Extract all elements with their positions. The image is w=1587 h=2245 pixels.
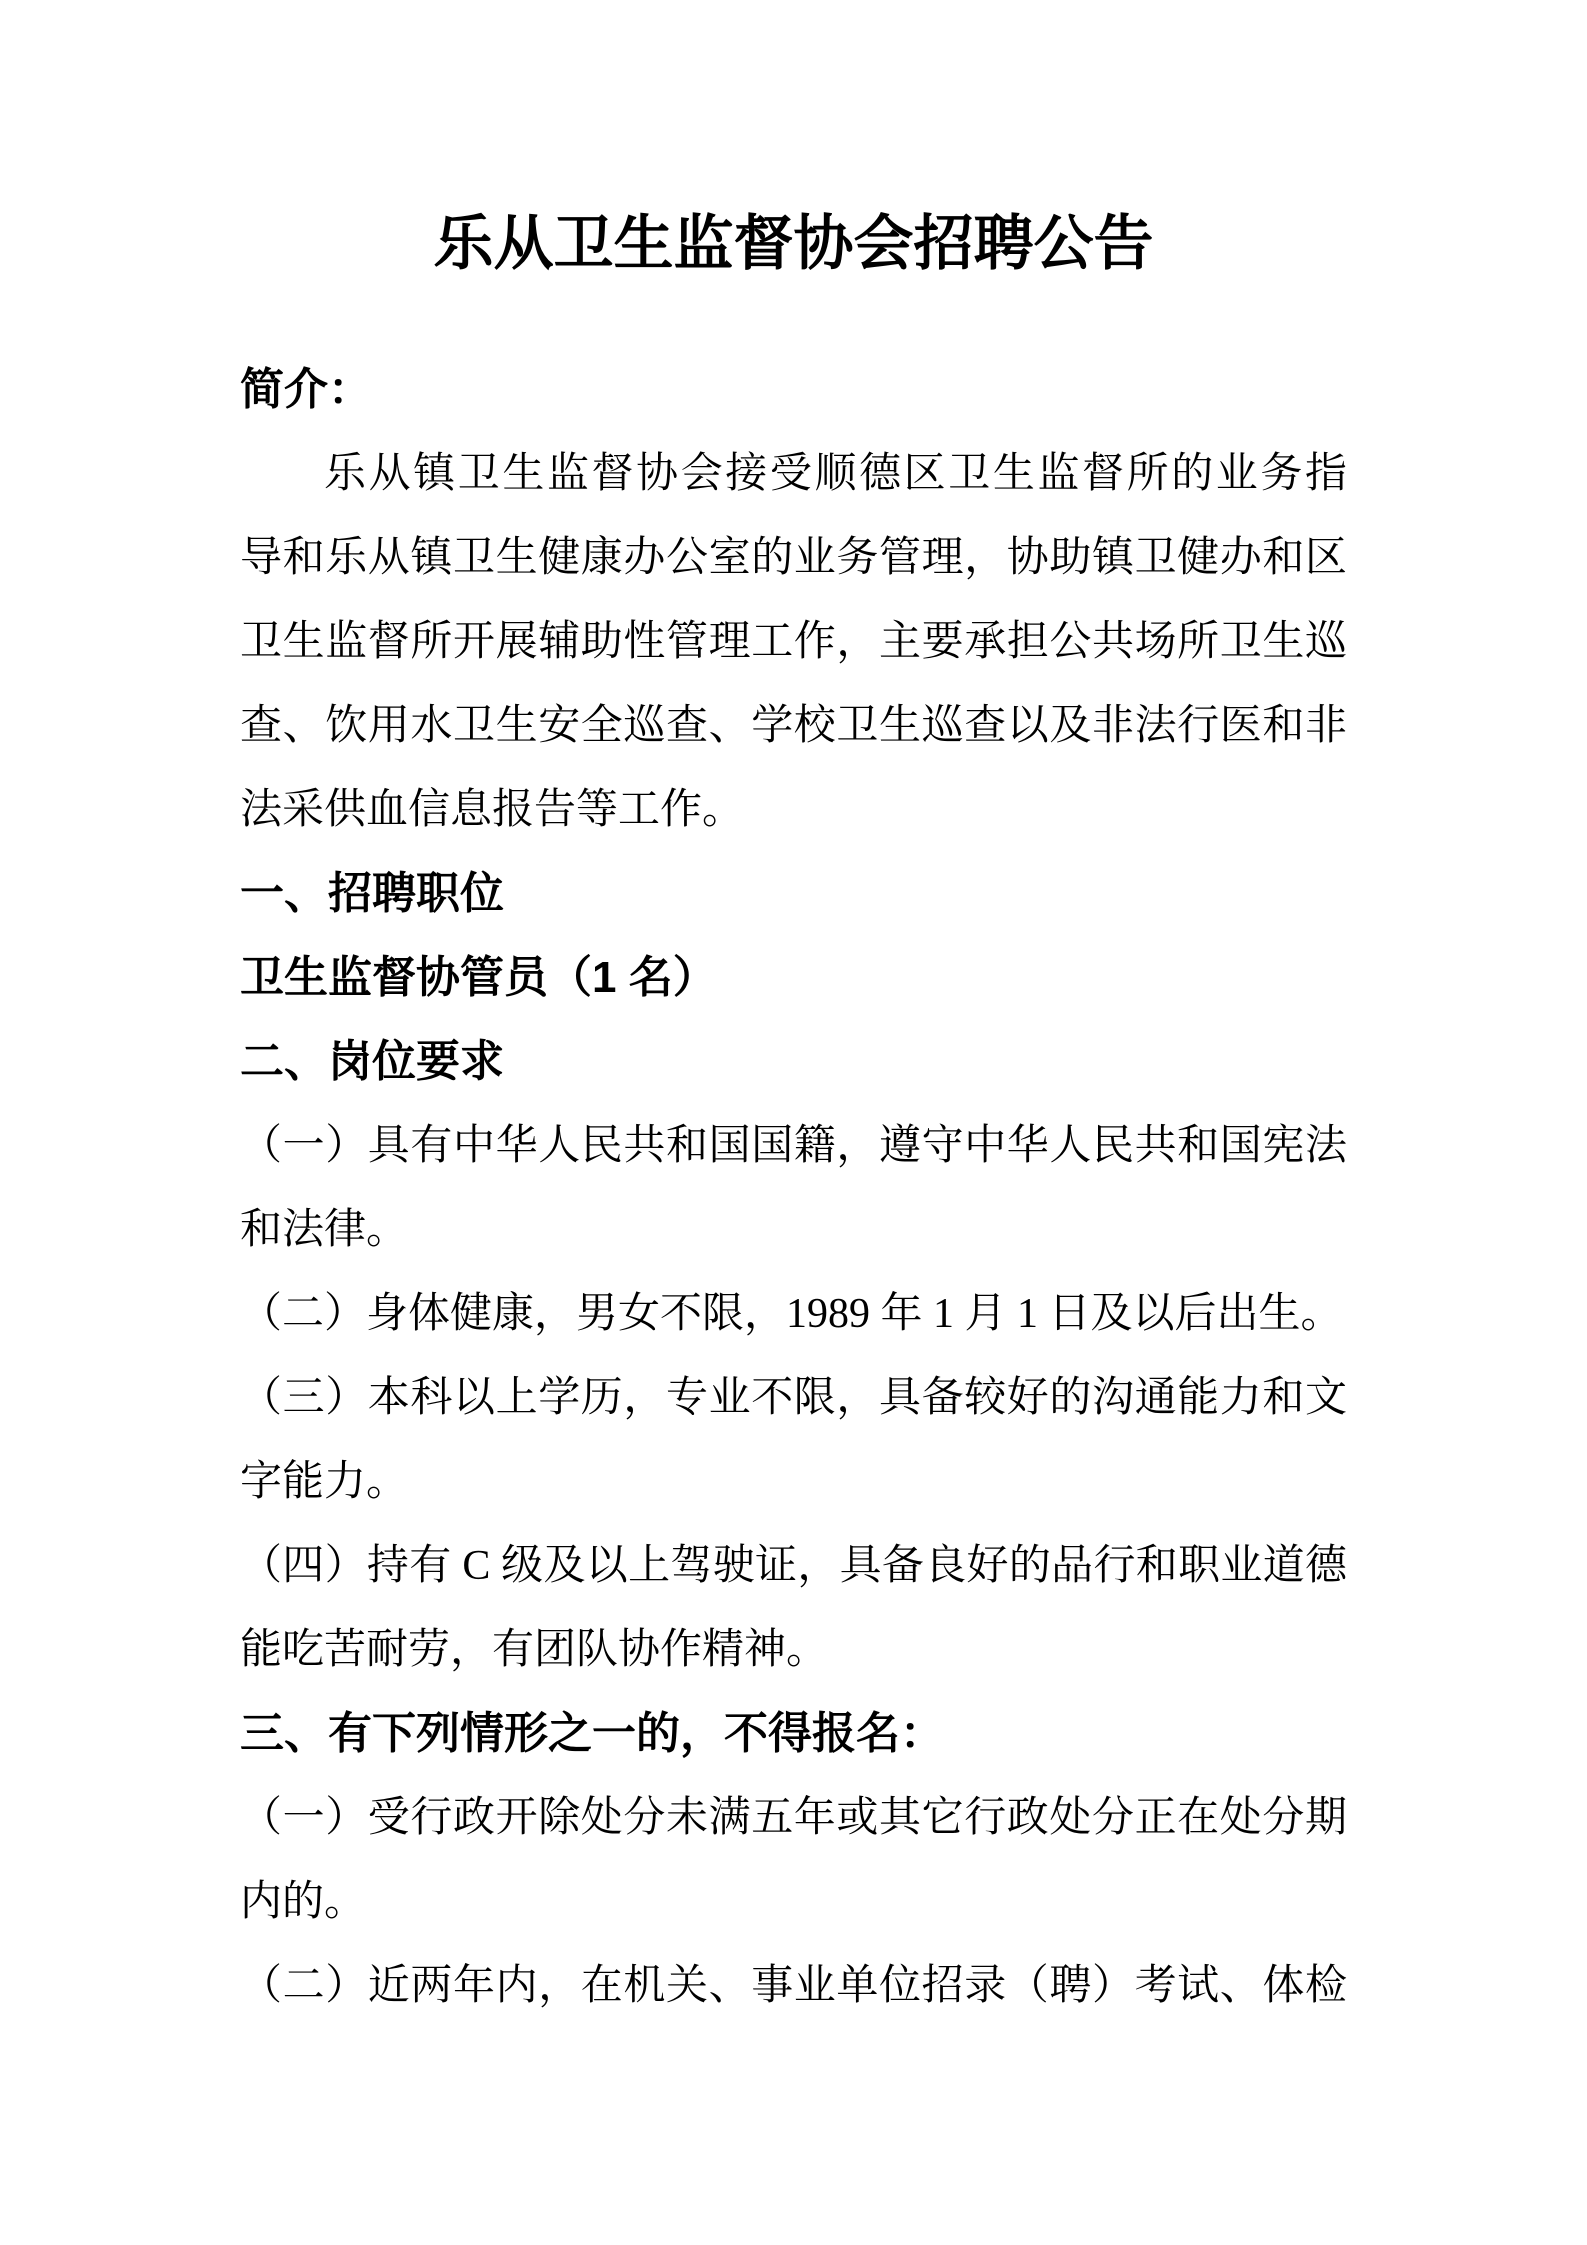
doc-body-line: 导和乐从镇卫生健康办公室的业务管理，协助镇卫健办和区 <box>240 516 1347 600</box>
doc-body-line: （二）近两年内，在机关、事业单位招录（聘）考试、体检 <box>240 1944 1347 2028</box>
doc-body-line: （三）本科以上学历，专业不限，具备较好的沟通能力和文 <box>240 1356 1347 1440</box>
doc-heading-line: 卫生监督协管员（1 名） <box>240 936 1347 1020</box>
doc-body-line: 法采供血信息报告等工作。 <box>240 768 1347 852</box>
doc-body-line: 能吃苦耐劳，有团队协作精神。 <box>240 1608 1347 1692</box>
document-title: 乐从卫生监督协会招聘公告 <box>0 206 1587 282</box>
doc-heading-line: 二、岗位要求 <box>240 1020 1347 1104</box>
doc-body-line: 卫生监督所开展辅助性管理工作，主要承担公共场所卫生巡 <box>240 600 1347 684</box>
doc-body-line: （一）具有中华人民共和国国籍，遵守中华人民共和国宪法 <box>240 1104 1347 1188</box>
doc-body-line: 内的。 <box>240 1860 1347 1944</box>
doc-body-line: 查、饮用水卫生安全巡查、学校卫生巡查以及非法行医和非 <box>240 684 1347 768</box>
doc-body-line: 字能力。 <box>240 1440 1347 1524</box>
document-body: 简介：乐从镇卫生监督协会接受顺德区卫生监督所的业务指导和乐从镇卫生健康办公室的业… <box>240 348 1347 2028</box>
doc-body-line: （四）持有 C 级及以上驾驶证，具备良好的品行和职业道德 <box>240 1524 1347 1608</box>
doc-body-line: 乐从镇卫生监督协会接受顺德区卫生监督所的业务指 <box>240 432 1347 516</box>
doc-body-line: （一）受行政开除处分未满五年或其它行政处分正在处分期 <box>240 1776 1347 1860</box>
doc-body-line: 和法律。 <box>240 1188 1347 1272</box>
doc-heading-line: 一、招聘职位 <box>240 852 1347 936</box>
doc-heading-line: 简介： <box>240 348 1347 432</box>
doc-heading-line: 三、有下列情形之一的，不得报名： <box>240 1692 1347 1776</box>
doc-body-line: （二）身体健康，男女不限，1989 年 1 月 1 日及以后出生。 <box>240 1272 1347 1356</box>
document-page: 乐从卫生监督协会招聘公告 简介：乐从镇卫生监督协会接受顺德区卫生监督所的业务指导… <box>0 0 1587 2245</box>
